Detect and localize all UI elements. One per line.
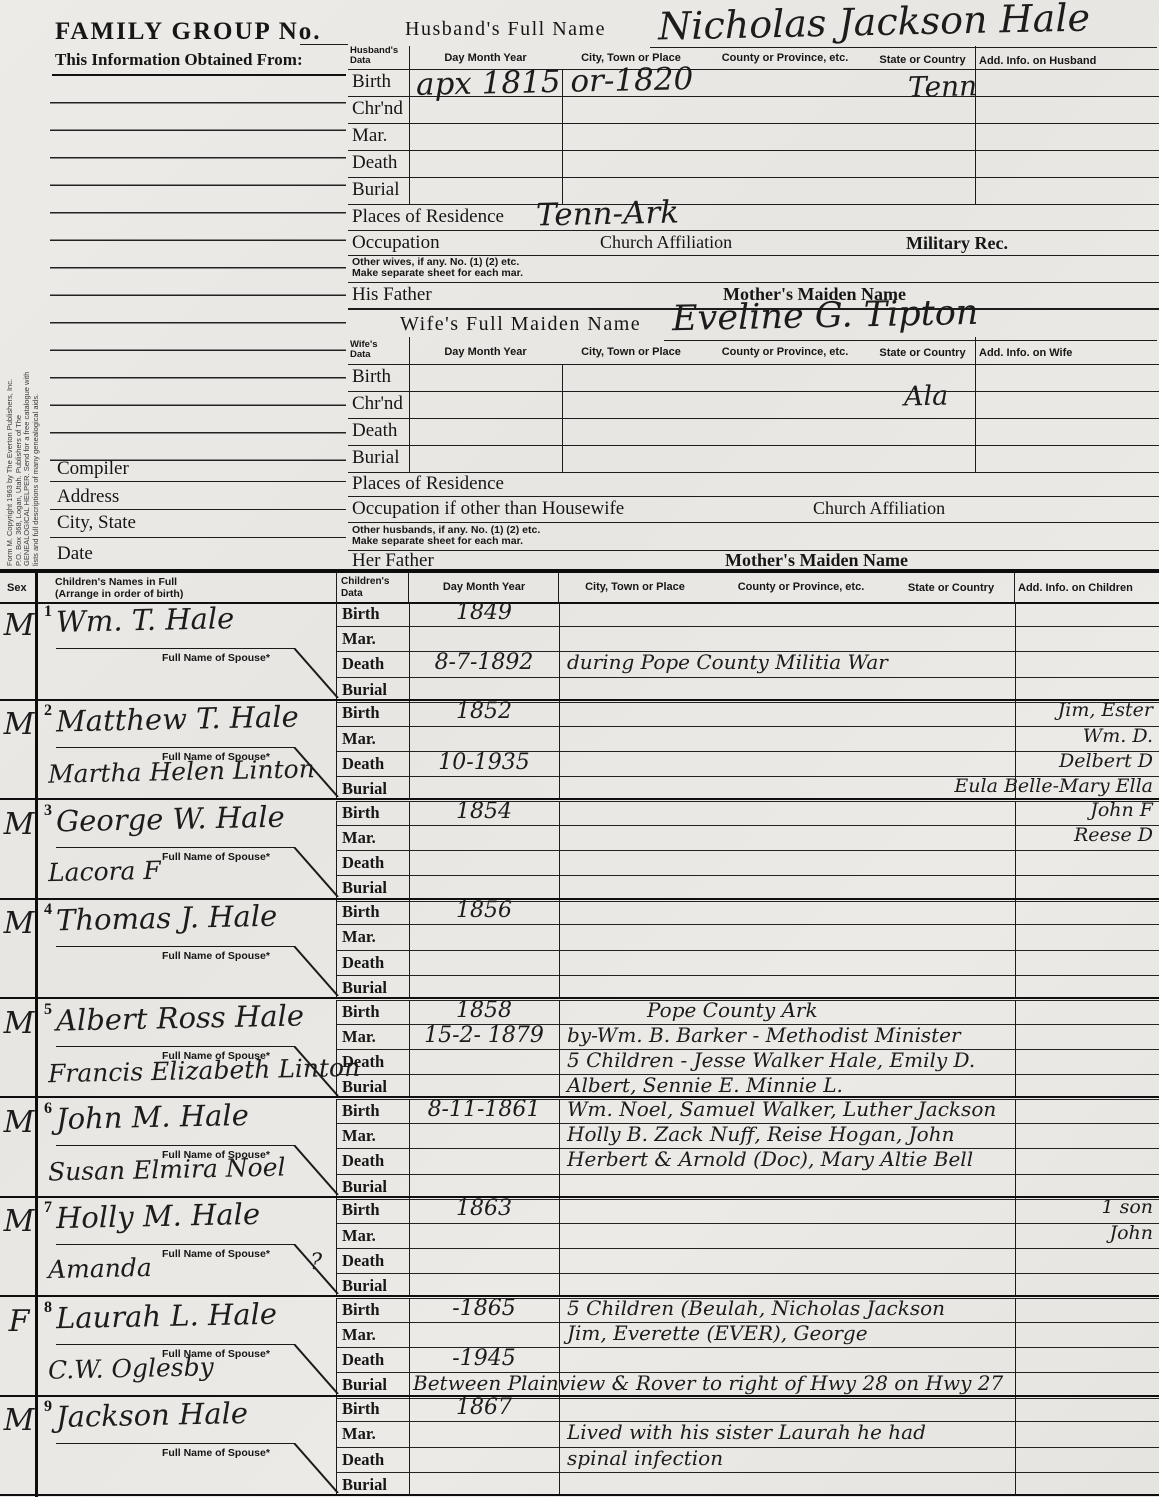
- mar-date: 15-2- 1879: [411, 1023, 557, 1048]
- children-col-names: Children's Names in Full(Arrange in orde…: [55, 576, 183, 600]
- obtained-from-ruled-lines: [50, 76, 346, 462]
- child-name-value: Laurah L. Hale: [56, 1296, 278, 1335]
- child-data-subrows: Birth 1867 Mar. Lived with his sister La…: [336, 1397, 1159, 1494]
- husband-name-label: Husband's Full Name: [405, 18, 606, 41]
- child-row: M 7 Holly M. Hale Full Name of Spouse* A…: [0, 1198, 1159, 1297]
- mar-label: Mar.: [342, 927, 376, 947]
- wife-col-county: County or Province, etc.: [700, 346, 870, 358]
- mar-note: Holly B. Zack Nuff, Reise Hogan, John: [567, 1122, 954, 1146]
- birth-label: Birth: [342, 803, 380, 823]
- child-name-cell: 1 Wm. T. Hale Full Name of Spouse*: [40, 602, 336, 699]
- husband-row-label-chrnd: Chr'nd: [352, 98, 403, 120]
- child-mar-row: Mar. Reese D: [337, 826, 1159, 851]
- husband-col-state: State or Country: [870, 54, 975, 66]
- wife-col-state: State or Country: [870, 347, 975, 359]
- child-name-value: Holly M. Hale: [56, 1197, 261, 1235]
- birth-date: 1852: [411, 699, 557, 724]
- name-underline: [56, 1443, 294, 1444]
- child-number: 5: [44, 1001, 52, 1019]
- child-data-subrows: Birth 1852 Jim, Ester Mar. Wm. D. Death …: [336, 701, 1159, 798]
- child-birth-row: Birth 1867: [337, 1397, 1159, 1422]
- form-title: FAMILY GROUP No.: [55, 18, 322, 46]
- child-name-cell: 9 Jackson Hale Full Name of Spouse*: [40, 1397, 336, 1494]
- name-underline: [56, 747, 294, 748]
- child-name-cell: 3 George W. Hale Full Name of Spouse* La…: [40, 801, 336, 898]
- name-underline: [56, 648, 294, 649]
- child-mar-row: Mar. John: [337, 1224, 1159, 1249]
- child-death-row: Death -1945: [337, 1348, 1159, 1373]
- husband-residence-value: Tenn-Ark: [536, 195, 680, 234]
- child-birth-row: Birth 1849: [337, 602, 1159, 627]
- wife-col-day: Day Month Year: [409, 346, 562, 358]
- husband-data-cell-label: Husband'sData: [350, 46, 408, 66]
- burial-label: Burial: [342, 779, 387, 799]
- child-name-value: Albert Ross Hale: [56, 998, 305, 1037]
- wife-row-label-death: Death: [352, 420, 397, 442]
- child-name-cell: 2 Matthew T. Hale Full Name of Spouse* M…: [40, 701, 336, 798]
- mar-addinfo: Reese D: [1074, 824, 1153, 846]
- child-number: 3: [44, 802, 52, 820]
- birth-addinfo: John F: [1090, 799, 1153, 821]
- wife-name-label: Wife's Full Maiden Name: [400, 313, 641, 336]
- child-row: M 2 Matthew T. Hale Full Name of Spouse*…: [0, 701, 1159, 800]
- husband-birth-state: Tenn: [908, 69, 978, 103]
- child-name-value: George W. Hale: [56, 799, 285, 838]
- mar-label: Mar.: [342, 1424, 376, 1444]
- address-label: Address: [57, 486, 119, 508]
- birth-label: Birth: [342, 1300, 380, 1320]
- wife-data-cell-label: Wife'sData: [350, 340, 408, 360]
- child-sex-value: M: [2, 807, 36, 842]
- birth-date: -1865: [411, 1296, 557, 1321]
- wife-occupation-label: Occupation if other than Housewife: [352, 498, 624, 520]
- birth-label: Birth: [342, 1200, 380, 1220]
- mar-addinfo: John: [1109, 1222, 1153, 1244]
- child-data-subrows: Birth -1865 5 Children (Beulah, Nicholas…: [336, 1298, 1159, 1395]
- burial-label: Burial: [342, 878, 387, 898]
- burial-addinfo: Eula Belle-Mary Ella: [954, 775, 1153, 797]
- mar-label: Mar.: [342, 1027, 376, 1047]
- obtained-from-label: This Information Obtained From:: [55, 50, 303, 70]
- children-col-state: State or Country: [892, 582, 1010, 594]
- birth-label: Birth: [342, 703, 380, 723]
- child-mar-row: Mar. Lived with his sister Laurah he had: [337, 1422, 1159, 1447]
- children-col-day: Day Month Year: [410, 581, 558, 593]
- child-row: M 5 Albert Ross Hale Full Name of Spouse…: [0, 1000, 1159, 1099]
- name-underline: [56, 1344, 294, 1345]
- birth-date: 1863: [411, 1196, 557, 1221]
- wife-mother-label: Mother's Maiden Name: [725, 550, 908, 571]
- child-death-row: Death: [337, 1249, 1159, 1274]
- child-mar-row: Mar.: [337, 925, 1159, 950]
- death-label: Death: [342, 1450, 384, 1470]
- spouse-label: Full Name of Spouse*: [162, 1248, 270, 1260]
- birth-note: Wm. Noel, Samuel Walker, Luther Jackson: [567, 1097, 996, 1121]
- child-row: M 6 John M. Hale Full Name of Spouse* Su…: [0, 1099, 1159, 1198]
- burial-label: Burial: [342, 978, 387, 998]
- child-sex-value: M: [2, 1006, 36, 1041]
- spouse-label: Full Name of Spouse*: [162, 1447, 270, 1459]
- children-col-county: County or Province, etc.: [712, 581, 890, 593]
- child-name-value: Jackson Hale: [56, 1396, 249, 1434]
- death-date: -1945: [411, 1346, 557, 1371]
- child-data-subrows: Birth 1858 Pope County Ark Mar. 15-2- 18…: [336, 1000, 1159, 1097]
- birth-label: Birth: [342, 1399, 380, 1419]
- wife-col-addinfo: Add. Info. on Wife: [979, 347, 1154, 359]
- husband-col-addinfo: Add. Info. on Husband: [979, 55, 1159, 67]
- death-note: spinal infection: [567, 1446, 723, 1470]
- child-birth-row: Birth 1854 John F: [337, 801, 1159, 826]
- child-row: M 4 Thomas J. Hale Full Name of Spouse* …: [0, 900, 1159, 999]
- children-col-sex: Sex: [7, 582, 27, 594]
- wife-row-label-chrnd: Chr'nd: [352, 393, 403, 415]
- child-number: 2: [44, 702, 52, 720]
- husband-other-wives-note: Other wives, if any. No. (1) (2) etc.Mak…: [352, 257, 523, 279]
- child-sex-value: M: [2, 1204, 36, 1239]
- husband-row-label-mar: Mar.: [352, 125, 387, 147]
- child-sex-value: M: [2, 1403, 36, 1438]
- birth-date: 1854: [411, 799, 557, 824]
- spouse-name-value: Lacora F: [48, 856, 161, 887]
- child-birth-row: Birth 1852 Jim, Ester: [337, 701, 1159, 726]
- child-birth-row: Birth 1863 1 son: [337, 1198, 1159, 1223]
- husband-birth-entry: apx 1815 or-1820: [416, 61, 694, 103]
- mar-label: Mar.: [342, 1226, 376, 1246]
- child-mar-row: Mar.: [337, 627, 1159, 652]
- child-name-value: Wm. T. Hale: [56, 601, 235, 639]
- husband-residence-label: Places of Residence: [352, 206, 504, 228]
- child-data-subrows: Birth 1854 John F Mar. Reese D Death: [336, 801, 1159, 898]
- spouse-label: Full Name of Spouse*: [162, 851, 270, 863]
- name-cell-diagonal: [293, 1443, 339, 1493]
- publisher-imprint-vertical-text: Form M. Copyright 1963 by The Everton Pu…: [6, 260, 40, 566]
- birth-label: Birth: [342, 1002, 380, 1022]
- burial-note: Between Plainview & Rover to right of Hw…: [413, 1371, 1003, 1395]
- child-birth-row: Birth 1858 Pope County Ark: [337, 1000, 1159, 1025]
- child-death-row: Death: [337, 951, 1159, 976]
- child-number: 6: [44, 1100, 52, 1118]
- birth-addinfo: Jim, Ester: [1058, 699, 1153, 721]
- family-group-record-sheet: Form M. Copyright 1963 by The Everton Pu…: [0, 0, 1159, 1497]
- child-death-row: Death Herbert & Arnold (Doc), Mary Altie…: [337, 1149, 1159, 1174]
- child-death-row: Death 10-1935 Delbert D: [337, 752, 1159, 777]
- death-date: 8-7-1892: [411, 650, 557, 675]
- birth-note: 5 Children (Beulah, Nicholas Jackson: [567, 1296, 945, 1320]
- mar-note: Jim, Everette (EVER), George: [567, 1321, 868, 1345]
- child-birth-row: Birth -1865 5 Children (Beulah, Nicholas…: [337, 1298, 1159, 1323]
- name-underline: [56, 1244, 294, 1245]
- burial-label: Burial: [342, 1177, 387, 1197]
- spouse-label: Full Name of Spouse*: [162, 652, 270, 664]
- child-number: 7: [44, 1199, 52, 1217]
- birth-date: 1867: [411, 1395, 557, 1420]
- birth-label: Birth: [342, 604, 380, 624]
- death-label: Death: [342, 754, 384, 774]
- name-underline: [56, 946, 294, 947]
- child-mar-row: Mar. Holly B. Zack Nuff, Reise Hogan, Jo…: [337, 1124, 1159, 1149]
- name-cell-diagonal: [293, 946, 339, 996]
- name-cell-diagonal: [293, 847, 339, 897]
- name-cell-diagonal: [293, 1145, 339, 1195]
- birth-date: 8-11-1861: [411, 1097, 557, 1122]
- burial-label: Burial: [342, 1077, 387, 1097]
- name-underline: [56, 1046, 294, 1047]
- child-name-value: John M. Hale: [56, 1098, 249, 1136]
- mar-label: Mar.: [342, 1325, 376, 1345]
- birth-date: 1849: [411, 600, 557, 625]
- child-number: 4: [44, 901, 52, 919]
- child-death-row: Death spinal infection: [337, 1448, 1159, 1473]
- wife-row-label-burial: Burial: [352, 447, 400, 469]
- child-data-subrows: Birth 8-11-1861 Wm. Noel, Samuel Walker,…: [336, 1099, 1159, 1196]
- mar-note: by-Wm. B. Barker - Methodist Minister: [567, 1023, 961, 1047]
- child-name-cell: 4 Thomas J. Hale Full Name of Spouse*: [40, 900, 336, 997]
- child-row: M 1 Wm. T. Hale Full Name of Spouse* Bir…: [0, 602, 1159, 701]
- child-burial-row: Burial: [337, 1473, 1159, 1497]
- child-name-cell: 7 Holly M. Hale Full Name of Spouse* Ama…: [40, 1198, 336, 1295]
- child-name-value: Thomas J. Hale: [56, 899, 278, 938]
- death-label: Death: [342, 1151, 384, 1171]
- burial-label: Burial: [342, 680, 387, 700]
- city-state-label: City, State: [57, 512, 136, 534]
- mar-addinfo: Wm. D.: [1083, 725, 1153, 747]
- spouse-name-value: Susan Elmira Noel: [48, 1153, 286, 1187]
- child-row: M 9 Jackson Hale Full Name of Spouse* Bi…: [0, 1397, 1159, 1496]
- child-row: F 8 Laurah L. Hale Full Name of Spouse* …: [0, 1298, 1159, 1397]
- children-col-data: Children'sData: [341, 576, 390, 600]
- child-sex-value: F: [2, 1304, 36, 1339]
- death-label: Death: [342, 1350, 384, 1370]
- spouse-name-value: Francis Elizabeth Linton: [48, 1052, 361, 1088]
- child-mar-row: Mar. 15-2- 1879 by-Wm. B. Barker - Metho…: [337, 1025, 1159, 1050]
- wife-row-label-birth: Birth: [352, 366, 391, 388]
- death-label: Death: [342, 1052, 384, 1072]
- name-underline: [56, 847, 294, 848]
- spouse-name-value: Amanda: [48, 1253, 152, 1284]
- birth-date: 1858: [411, 998, 557, 1023]
- death-label: Death: [342, 1251, 384, 1271]
- child-death-row: Death 8-7-1892 during Pope County Militi…: [337, 652, 1159, 677]
- date-label: Date: [57, 543, 93, 565]
- wife-col-city: City, Town or Place: [562, 346, 700, 358]
- death-note: Herbert & Arnold (Doc), Mary Altie Bell: [567, 1147, 973, 1171]
- child-data-subrows: Birth 1849 Mar. Death 8-7-1892 during Po…: [336, 602, 1159, 699]
- child-name-cell: 5 Albert Ross Hale Full Name of Spouse* …: [40, 1000, 336, 1097]
- husband-data-table: Husband'sData Day Month Year City, Town …: [348, 46, 1159, 308]
- child-birth-row: Birth 8-11-1861 Wm. Noel, Samuel Walker,…: [337, 1099, 1159, 1124]
- name-cell-diagonal: [293, 1344, 339, 1394]
- children-table-header: Sex Children's Names in Full(Arrange in …: [0, 573, 1159, 604]
- name-cell-diagonal: [293, 648, 339, 698]
- husband-father-label: His Father: [352, 284, 432, 306]
- mar-label: Mar.: [342, 828, 376, 848]
- mar-label: Mar.: [342, 629, 376, 649]
- death-note: during Pope County Militia War: [567, 650, 888, 674]
- birth-addinfo: 1 son: [1101, 1196, 1153, 1218]
- child-data-subrows: Birth 1863 1 son Mar. John Death: [336, 1198, 1159, 1295]
- child-data-subrows: Birth 1856 Mar. Death: [336, 900, 1159, 997]
- burial-label: Burial: [342, 1475, 387, 1495]
- husband-row-label-burial: Burial: [352, 179, 400, 201]
- spouse-name-value: C.W. Oglesby: [48, 1352, 214, 1384]
- wife-residence-label: Places of Residence: [352, 473, 504, 495]
- death-addinfo: Delbert D: [1059, 750, 1153, 772]
- husband-name-value: Nicholas Jackson Hale: [658, 0, 1091, 49]
- wife-birth-state: Ala: [904, 381, 949, 413]
- wife-church-label: Church Affiliation: [813, 498, 945, 519]
- spouse-name-value: Martha Helen Linton: [48, 755, 315, 790]
- child-name-cell: 6 John M. Hale Full Name of Spouse* Susa…: [40, 1099, 336, 1196]
- child-mar-row: Mar. Wm. D.: [337, 727, 1159, 752]
- death-date: 10-1935: [411, 750, 557, 775]
- mar-label: Mar.: [342, 1126, 376, 1146]
- husband-occupation-label: Occupation: [352, 232, 440, 254]
- name-underline: [56, 1145, 294, 1146]
- wife-other-husbands-note: Other husbands, if any. No. (1) (2) etc.…: [352, 525, 540, 547]
- birth-label: Birth: [342, 902, 380, 922]
- husband-church-label: Church Affiliation: [600, 232, 732, 253]
- child-sex-value: M: [2, 608, 36, 643]
- mar-label: Mar.: [342, 729, 376, 749]
- husband-military-label: Military Rec.: [906, 233, 1008, 254]
- husband-row-label-death: Death: [352, 152, 397, 174]
- birth-date: 1856: [411, 898, 557, 923]
- husband-col-day: Day Month Year: [409, 52, 562, 64]
- burial-note: Albert, Sennie E. Minnie L.: [567, 1073, 843, 1097]
- child-sex-value: M: [2, 1105, 36, 1140]
- birth-note: Pope County Ark: [647, 998, 818, 1022]
- mar-note: Lived with his sister Laurah he had: [567, 1420, 926, 1444]
- birth-label: Birth: [342, 1101, 380, 1121]
- child-death-row: Death 5 Children - Jesse Walker Hale, Em…: [337, 1050, 1159, 1075]
- child-number: 1: [44, 603, 52, 621]
- spouse-label: Full Name of Spouse*: [162, 950, 270, 962]
- child-name-value: Matthew T. Hale: [56, 700, 299, 739]
- wife-name-value: Eveline G. Tipton: [672, 293, 979, 339]
- spouse-mark: ?: [310, 1250, 322, 1275]
- burial-label: Burial: [342, 1276, 387, 1296]
- death-label: Death: [342, 654, 384, 674]
- child-number: 9: [44, 1398, 52, 1416]
- child-sex-value: M: [2, 707, 36, 742]
- children-col-addinfo: Add. Info. on Children: [1018, 582, 1159, 594]
- death-label: Death: [342, 953, 384, 973]
- child-mar-row: Mar. Jim, Everette (EVER), George: [337, 1323, 1159, 1348]
- compiler-label: Compiler: [57, 458, 129, 480]
- death-note: 5 Children - Jesse Walker Hale, Emily D.: [567, 1048, 975, 1072]
- wife-data-table: Wife'sData Day Month Year City, Town or …: [348, 337, 1159, 573]
- child-number: 8: [44, 1299, 52, 1317]
- death-label: Death: [342, 853, 384, 873]
- children-col-city: City, Town or Place: [560, 581, 710, 593]
- child-row: M 3 George W. Hale Full Name of Spouse* …: [0, 801, 1159, 900]
- burial-label: Burial: [342, 1375, 387, 1395]
- husband-col-county: County or Province, etc.: [700, 52, 870, 64]
- publisher-line: lists and full descriptions of many gene…: [32, 260, 41, 566]
- child-birth-row: Birth 1856: [337, 900, 1159, 925]
- child-name-cell: 8 Laurah L. Hale Full Name of Spouse* C.…: [40, 1298, 336, 1395]
- child-sex-value: M: [2, 906, 36, 941]
- husband-row-label-birth: Birth: [352, 71, 391, 93]
- child-death-row: Death: [337, 851, 1159, 876]
